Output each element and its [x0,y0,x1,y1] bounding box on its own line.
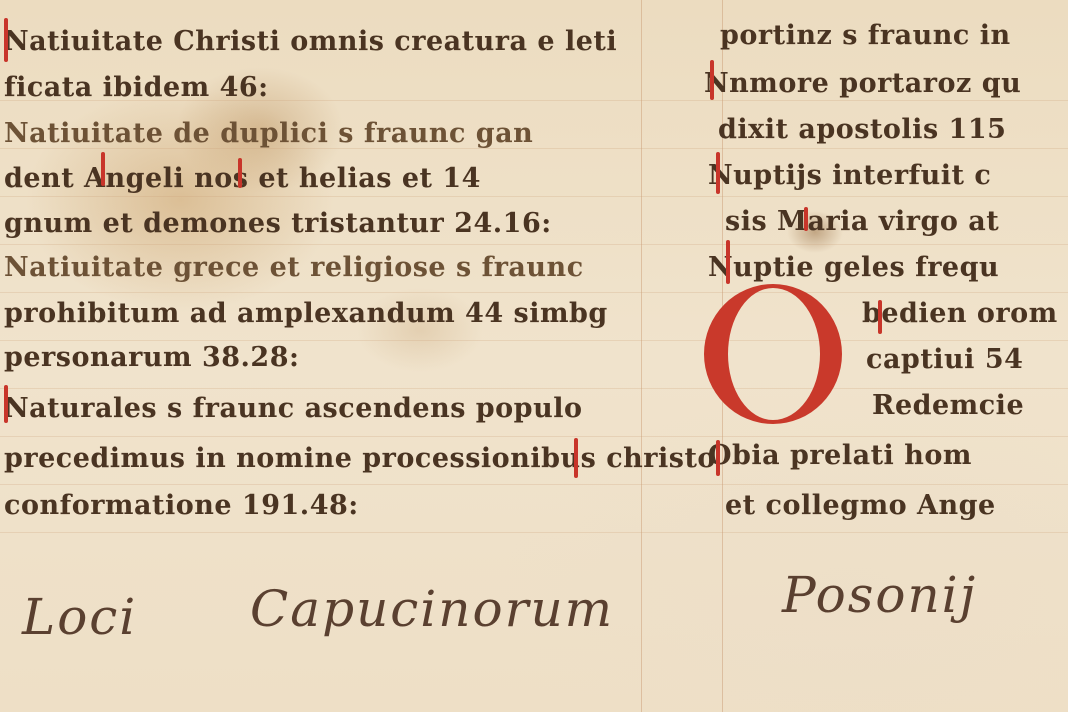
text-line: Nnmore portaroz qu [704,68,1021,99]
line-ruling [0,244,1068,245]
inscription-word: Capucinorum [250,580,614,638]
text-line: Nuptijs interfuit c [708,160,991,191]
text-line: dent Angeli nos et helias et 14 [4,163,481,194]
text-line: et collegmo Ange [725,490,996,521]
text-line: Natiuitate grece et religiose s fraunc [4,252,584,283]
text-line: portinz s fraunc in [720,20,1011,51]
rubric-stroke [726,240,730,284]
text-line: prohibitum ad amplexandum 44 simbg [4,298,608,329]
text-line: captiui 54 [866,344,1023,375]
text-line: Nuptie geles frequ [708,252,999,283]
text-line: ficata ibidem 46: [4,72,269,103]
rubric-stroke [710,60,714,100]
line-ruling [0,484,1068,485]
text-line: Natiuitate Christi omnis creatura e leti [4,26,617,57]
rubric-stroke [4,385,8,423]
text-line: precedimus in nomine processionibus chri… [4,443,716,474]
text-line: Redemcie [872,390,1024,421]
rubric-stroke [804,207,808,231]
line-ruling [0,196,1068,197]
rubric-stroke [716,440,720,476]
text-line: Natiuitate de duplici s fraunc gan [4,118,533,149]
inscription-word: Posonij [782,566,977,624]
text-line: Obia prelati hom [708,440,972,471]
text-line: sis Maria virgo at [725,206,999,237]
rubric-stroke [716,152,720,194]
line-ruling [0,532,1068,533]
text-line: Naturales s fraunc ascendens populo [4,393,582,424]
rubric-stroke [101,152,105,186]
rubric-stroke [4,18,8,62]
rubric-stroke [878,300,882,334]
text-line: gnum et demones tristantur 24.16: [4,208,552,239]
line-ruling [0,388,1068,389]
line-ruling [0,436,1068,437]
line-ruling [0,340,1068,341]
inscription-word: Loci [22,588,137,646]
text-line: bedien orom [862,298,1058,329]
rubric-stroke [238,158,242,188]
text-line: dixit apostolis 115 [718,114,1006,145]
rubric-stroke [574,438,578,478]
text-line: conformatione 191.48: [4,490,359,521]
red-initial-o: O [704,284,842,424]
line-ruling [0,292,1068,293]
text-line: personarum 38.28: [4,342,299,373]
column-ruling-left [641,0,642,712]
